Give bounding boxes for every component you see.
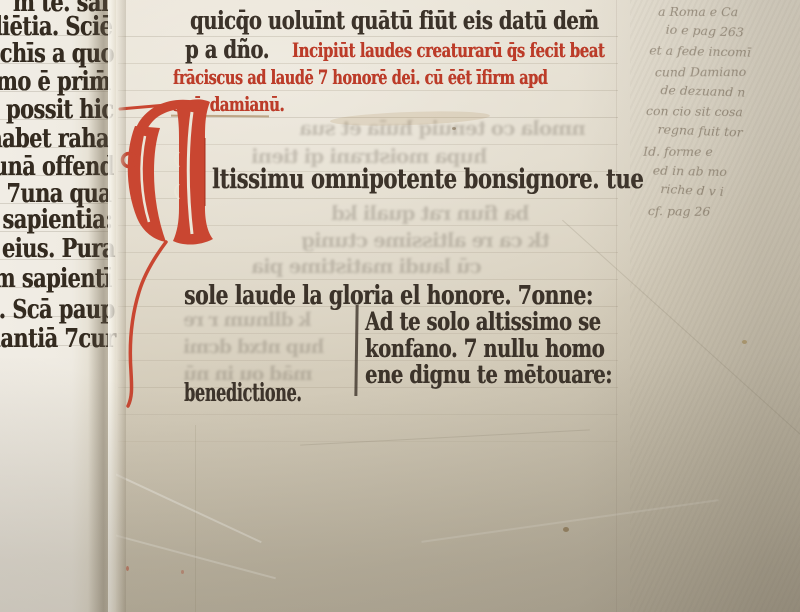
canticle-line-content: Ad te solo altissimo se: [365, 309, 601, 334]
text-line-latin: quicq̄o uoluīnt quātū fiūt eis datū dem̄: [190, 8, 714, 33]
stain-spot: [742, 340, 747, 344]
ruling-line: [118, 414, 618, 415]
parchment-crease: [300, 429, 590, 445]
stain-spot: [563, 527, 569, 532]
text-line-latin-content: quicq̄o uoluīnt quātū fiūt eis datū dem̄: [190, 8, 599, 33]
canticle-line: sole laude la gloria el honore. 7onne:: [184, 283, 708, 309]
margin-annotation-line: cund Damiano: [655, 62, 800, 83]
canticle-line-content: konfano. 7 nullu homo: [365, 336, 604, 361]
gutter-shadow: [88, 0, 110, 612]
red-mark: [181, 570, 184, 574]
show-through-text: hupa moistrani qi tieni: [252, 146, 487, 166]
red-mark: [126, 566, 129, 571]
margin-annotation-line: Id. forme e: [643, 142, 799, 163]
show-through-text: cū laudi matistime pia: [252, 256, 482, 276]
ruling-line: [118, 90, 618, 91]
margin-annotation-line: cf. pag 26: [648, 201, 798, 223]
text-line-latin-content: p a dño.: [185, 37, 269, 62]
text-line-latin: p a dño.: [185, 37, 293, 62]
canticle-line-content: ene dignu te mētouare:: [365, 362, 612, 387]
rubric-line-content: Incipiūt laudes creaturarū q̄s fecit bea…: [292, 40, 604, 60]
ink-speck: [452, 127, 456, 130]
canticle-bracket-line: konfano. 7 nullu homo: [365, 336, 672, 361]
canticle-line: benedictione.: [184, 380, 368, 405]
margin-annotation: a Roma e Ca io e pag 263 et a fede incom…: [640, 0, 800, 223]
rubric-line: frāciscus ad laudē 7 honorē dei. cū ēēt …: [173, 67, 693, 87]
page-edge-highlight: [108, 0, 126, 612]
canticle-line-content: ltissimu omnipotente bonsignore. tue: [212, 166, 643, 193]
crease-vertical: [195, 425, 196, 612]
show-through-text: tk ca re altissime ctunig: [302, 230, 550, 250]
canticle-line-content: sole laude la gloria el honore. 7onne:: [184, 283, 593, 309]
show-through-text: ba fiun rat quali kd: [332, 203, 529, 223]
canticle-bracket-line: Ad te solo altissimo se: [365, 309, 667, 334]
manuscript-photo: nmola co tenuiq huīa et sua hupa moistra…: [0, 0, 800, 612]
rubric-line-content: frāciscus ad laudē 7 honorē dei. cū ēēt …: [173, 67, 547, 87]
canticle-bracket-line: ene dignu te mētouare:: [365, 362, 682, 387]
illuminated-initial-A: [116, 92, 222, 414]
margin-annotation-line: et a fede incomī: [649, 40, 800, 63]
canticle-line-content: benedictione.: [184, 380, 302, 405]
